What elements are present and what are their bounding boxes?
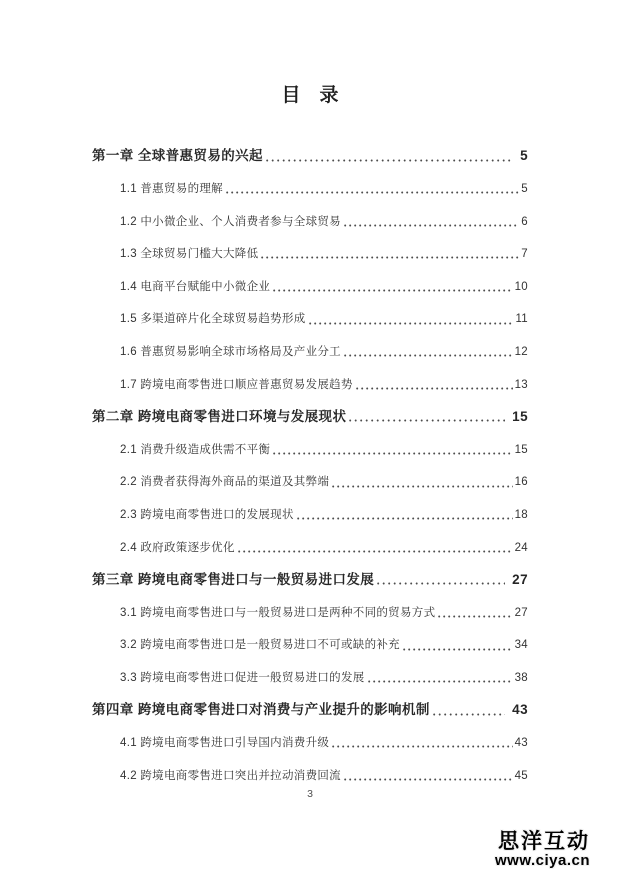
toc-entry-page: 5 <box>520 148 528 164</box>
toc-entry-label: 3.1 跨境电商零售进口与一般贸易进口是两种不同的贸易方式 <box>120 607 435 620</box>
toc-entry-label: 1.4 电商平台赋能中小微企业 <box>120 281 270 294</box>
toc-entry-page: 27 <box>512 572 528 588</box>
toc-entry-label: 1.3 全球贸易门槛大大降低 <box>120 248 258 261</box>
toc-entry-page: 45 <box>515 770 528 783</box>
toc-entry-label: 第三章 跨境电商零售进口与一般贸易进口发展 <box>92 572 374 588</box>
dot-leader <box>356 387 513 390</box>
toc-chapter-4: 第四章 跨境电商零售进口对消费与产业提升的影响机制43 <box>92 693 528 726</box>
toc-entry-page: 15 <box>512 409 528 425</box>
toc-entry-label: 1.1 普惠贸易的理解 <box>120 183 223 196</box>
toc-item: 1.2 中小微企业、个人消费者参与全球贸易6 <box>92 204 528 237</box>
dot-leader <box>368 680 513 683</box>
toc-item: 3.3 跨境电商零售进口促进一般贸易进口的发展38 <box>92 661 528 694</box>
dot-leader <box>438 615 512 618</box>
toc-entry-label: 2.4 政府政策逐步优化 <box>120 542 235 555</box>
toc-entry-page: 43 <box>512 702 528 718</box>
toc-entry-page: 18 <box>515 509 528 522</box>
watermark: 思洋互动 www.ciya.cn <box>495 831 590 868</box>
dot-leader <box>297 517 513 520</box>
toc-entry-label: 3.3 跨境电商零售进口促进一般贸易进口的发展 <box>120 672 365 685</box>
toc-entry-page: 24 <box>515 542 528 555</box>
dot-leader <box>344 224 519 227</box>
dot-leader <box>266 159 513 162</box>
watermark-brand: 思洋互动 <box>495 831 590 852</box>
toc-item: 3.1 跨境电商零售进口与一般贸易进口是两种不同的贸易方式27 <box>92 595 528 628</box>
toc-chapter-3: 第三章 跨境电商零售进口与一般贸易进口发展27 <box>92 563 528 596</box>
toc-item: 4.1 跨境电商零售进口引导国内消费升级43 <box>92 726 528 759</box>
toc-item: 1.1 普惠贸易的理解5 <box>92 172 528 205</box>
dot-leader <box>433 713 505 716</box>
toc-entry-page: 7 <box>521 248 528 261</box>
toc-entry-page: 13 <box>515 379 528 392</box>
toc-entry-label: 第二章 跨境电商零售进口环境与发展现状 <box>92 409 346 425</box>
toc-entry-page: 34 <box>515 639 528 652</box>
dot-leader <box>349 419 505 422</box>
toc-entry-page: 11 <box>515 313 528 326</box>
toc-entry-page: 5 <box>521 183 528 196</box>
toc-item: 2.1 消费升级造成供需不平衡15 <box>92 432 528 465</box>
toc-item: 1.4 电商平台赋能中小微企业10 <box>92 269 528 302</box>
toc-item: 1.6 普惠贸易影响全球市场格局及产业分工12 <box>92 335 528 368</box>
toc-item: 1.5 多渠道碎片化全球贸易趋势形成11 <box>92 302 528 335</box>
toc-item: 4.2 跨境电商零售进口突出并拉动消费回流45 <box>92 758 528 791</box>
document-page: 目 录 第一章 全球普惠贸易的兴起51.1 普惠贸易的理解51.2 中小微企业、… <box>0 0 620 877</box>
toc-entry-label: 第一章 全球普惠贸易的兴起 <box>92 148 263 164</box>
toc-item: 1.7 跨境电商零售进口顺应普惠贸易发展趋势13 <box>92 367 528 400</box>
dot-leader <box>226 191 519 194</box>
toc-entry-label: 1.5 多渠道碎片化全球贸易趋势形成 <box>120 313 306 326</box>
toc-chapter-1: 第一章 全球普惠贸易的兴起5 <box>92 139 528 172</box>
toc-entry-label: 4.2 跨境电商零售进口突出并拉动消费回流 <box>120 770 341 783</box>
dot-leader <box>344 354 513 357</box>
watermark-url: www.ciya.cn <box>495 853 590 868</box>
toc-entry-label: 2.3 跨境电商零售进口的发展现状 <box>120 509 294 522</box>
toc-entry-label: 第四章 跨境电商零售进口对消费与产业提升的影响机制 <box>92 702 430 718</box>
toc-entry-page: 10 <box>515 281 528 294</box>
toc-entry-page: 38 <box>515 672 528 685</box>
toc-entry-label: 1.2 中小微企业、个人消费者参与全球贸易 <box>120 216 341 229</box>
dot-leader <box>403 648 513 651</box>
dot-leader <box>332 485 512 488</box>
toc-item: 3.2 跨境电商零售进口是一般贸易进口不可或缺的补充34 <box>92 628 528 661</box>
toc-entry-page: 6 <box>521 216 528 229</box>
page-title: 目 录 <box>0 80 620 107</box>
toc-entry-page: 12 <box>515 346 528 359</box>
toc-entry-page: 16 <box>515 476 528 489</box>
dot-leader <box>273 289 512 292</box>
toc-item: 2.2 消费者获得海外商品的渠道及其弊端16 <box>92 465 528 498</box>
toc: 第一章 全球普惠贸易的兴起51.1 普惠贸易的理解51.2 中小微企业、个人消费… <box>92 139 528 791</box>
toc-entry-page: 15 <box>515 444 528 457</box>
toc-entry-label: 4.1 跨境电商零售进口引导国内消费升级 <box>120 737 329 750</box>
toc-chapter-2: 第二章 跨境电商零售进口环境与发展现状15 <box>92 400 528 433</box>
dot-leader <box>309 322 514 325</box>
dot-leader <box>344 778 513 781</box>
toc-entry-label: 2.2 消费者获得海外商品的渠道及其弊端 <box>120 476 329 489</box>
toc-entry-label: 3.2 跨境电商零售进口是一般贸易进口不可或缺的补充 <box>120 639 400 652</box>
toc-entry-label: 1.6 普惠贸易影响全球市场格局及产业分工 <box>120 346 341 359</box>
page-number: 3 <box>0 788 620 800</box>
toc-entry-page: 27 <box>515 607 528 620</box>
toc-item: 2.3 跨境电商零售进口的发展现状18 <box>92 498 528 531</box>
toc-entry-label: 2.1 消费升级造成供需不平衡 <box>120 444 270 457</box>
toc-item: 2.4 政府政策逐步优化24 <box>92 530 528 563</box>
dot-leader <box>332 745 512 748</box>
toc-entry-label: 1.7 跨境电商零售进口顺应普惠贸易发展趋势 <box>120 379 353 392</box>
toc-item: 1.3 全球贸易门槛大大降低7 <box>92 237 528 270</box>
dot-leader <box>238 550 513 553</box>
toc-entry-page: 43 <box>515 737 528 750</box>
dot-leader <box>273 452 512 455</box>
dot-leader <box>377 582 505 585</box>
dot-leader <box>261 256 519 259</box>
